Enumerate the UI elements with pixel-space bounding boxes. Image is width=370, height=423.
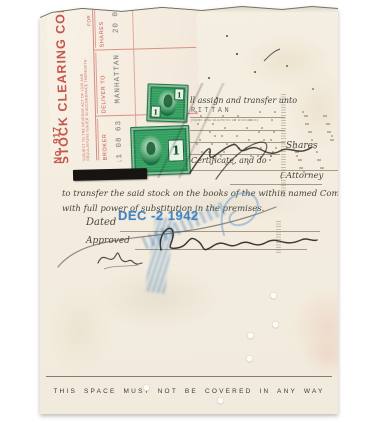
perforation-dot: [307, 123, 309, 125]
perforation-dot: [212, 123, 214, 125]
perforation-dot: [330, 139, 332, 141]
perforation-dot: [271, 119, 273, 121]
stain-pink-lower: [302, 335, 357, 377]
perforation-dot: [306, 115, 308, 117]
rule-assignee: [190, 117, 285, 118]
stain-top-right: [240, 33, 335, 88]
footer-notice: THIS SPACE MUST NOT BE COVERED IN ANY WA…: [40, 388, 338, 395]
portrait-head: [163, 94, 172, 107]
perforation-dot: [329, 131, 331, 133]
perforation-dot: [323, 115, 325, 117]
perforation-dot: [325, 115, 327, 117]
slip-certificate-number: No. 917: [51, 112, 63, 164]
perforation-dot: [222, 115, 224, 117]
stock-transfer-document: STOCK CLEARING COR FOR SUBJECT TO THE RE…: [40, 5, 338, 414]
perforation-dot: [302, 111, 304, 113]
slip-broker-value: 11 08 63: [115, 120, 124, 164]
punch-hole: [272, 321, 279, 328]
stamp-denomination: 1: [168, 139, 185, 162]
punch-hole: [247, 332, 254, 339]
perforation-dot: [332, 139, 334, 141]
assign-line: ll assign and transfer unto: [190, 96, 297, 105]
slip-deliver-to-value: MANHATTAN: [113, 54, 122, 104]
portrait-head: [146, 141, 155, 154]
perforation-dot: [304, 115, 306, 117]
slip-no-label: No.: [52, 147, 63, 164]
blue-pencil-loop: [212, 185, 272, 240]
perforation-dot: [274, 111, 276, 113]
perforation-dot: [234, 119, 236, 121]
slip-deliver-to-label: DELIVER TO: [95, 52, 111, 113]
perforation-dot: [331, 135, 333, 137]
punch-hole: [217, 397, 224, 404]
perforation-dot: [249, 119, 251, 121]
scanned-document-page: STOCK CLEARING COR FOR SUBJECT TO THE RE…: [0, 0, 370, 423]
slip-for-label: FOR: [86, 15, 91, 26]
punch-hole: [270, 292, 277, 299]
revenue-stamp-small: 1 1: [146, 83, 188, 122]
stain-pink-right: [292, 287, 364, 369]
assignee-typed-value: RITTAN: [191, 107, 231, 115]
stamp-denomination: 1: [150, 105, 160, 117]
slip-no-value: 917: [51, 126, 62, 144]
punch-hole: [246, 355, 253, 362]
perforation-dot: [328, 123, 330, 125]
slip-fine-print: SUBJECT TO THE REVENUE ACT OF 1926 AND R…: [79, 59, 90, 161]
slip-band-shares: SHARES 20 0: [93, 5, 196, 51]
stain-left: [48, 283, 110, 378]
perforation-dot: [200, 115, 202, 117]
perforation-dot: [327, 131, 329, 133]
footer-divider: [46, 376, 332, 377]
stamp-portrait-oval: [139, 135, 162, 166]
stamp-denomination: 1: [174, 88, 184, 100]
perforation-dot: [197, 123, 199, 125]
slip-shares-label: SHARES: [94, 9, 109, 47]
perforation-dot: [305, 123, 307, 125]
attorney-signature: [186, 129, 326, 181]
perforation-dot: [237, 115, 239, 117]
perforation-dot: [195, 111, 197, 113]
punch-hole: [143, 384, 150, 391]
perforation-dot: [326, 123, 328, 125]
pen-tick-mark: [262, 47, 282, 65]
slip-broker-label: BROKER: [97, 118, 112, 160]
redaction-bar: [73, 168, 147, 181]
perforation-dot: [259, 111, 261, 113]
slip-shares-value: 20 0: [112, 11, 121, 33]
